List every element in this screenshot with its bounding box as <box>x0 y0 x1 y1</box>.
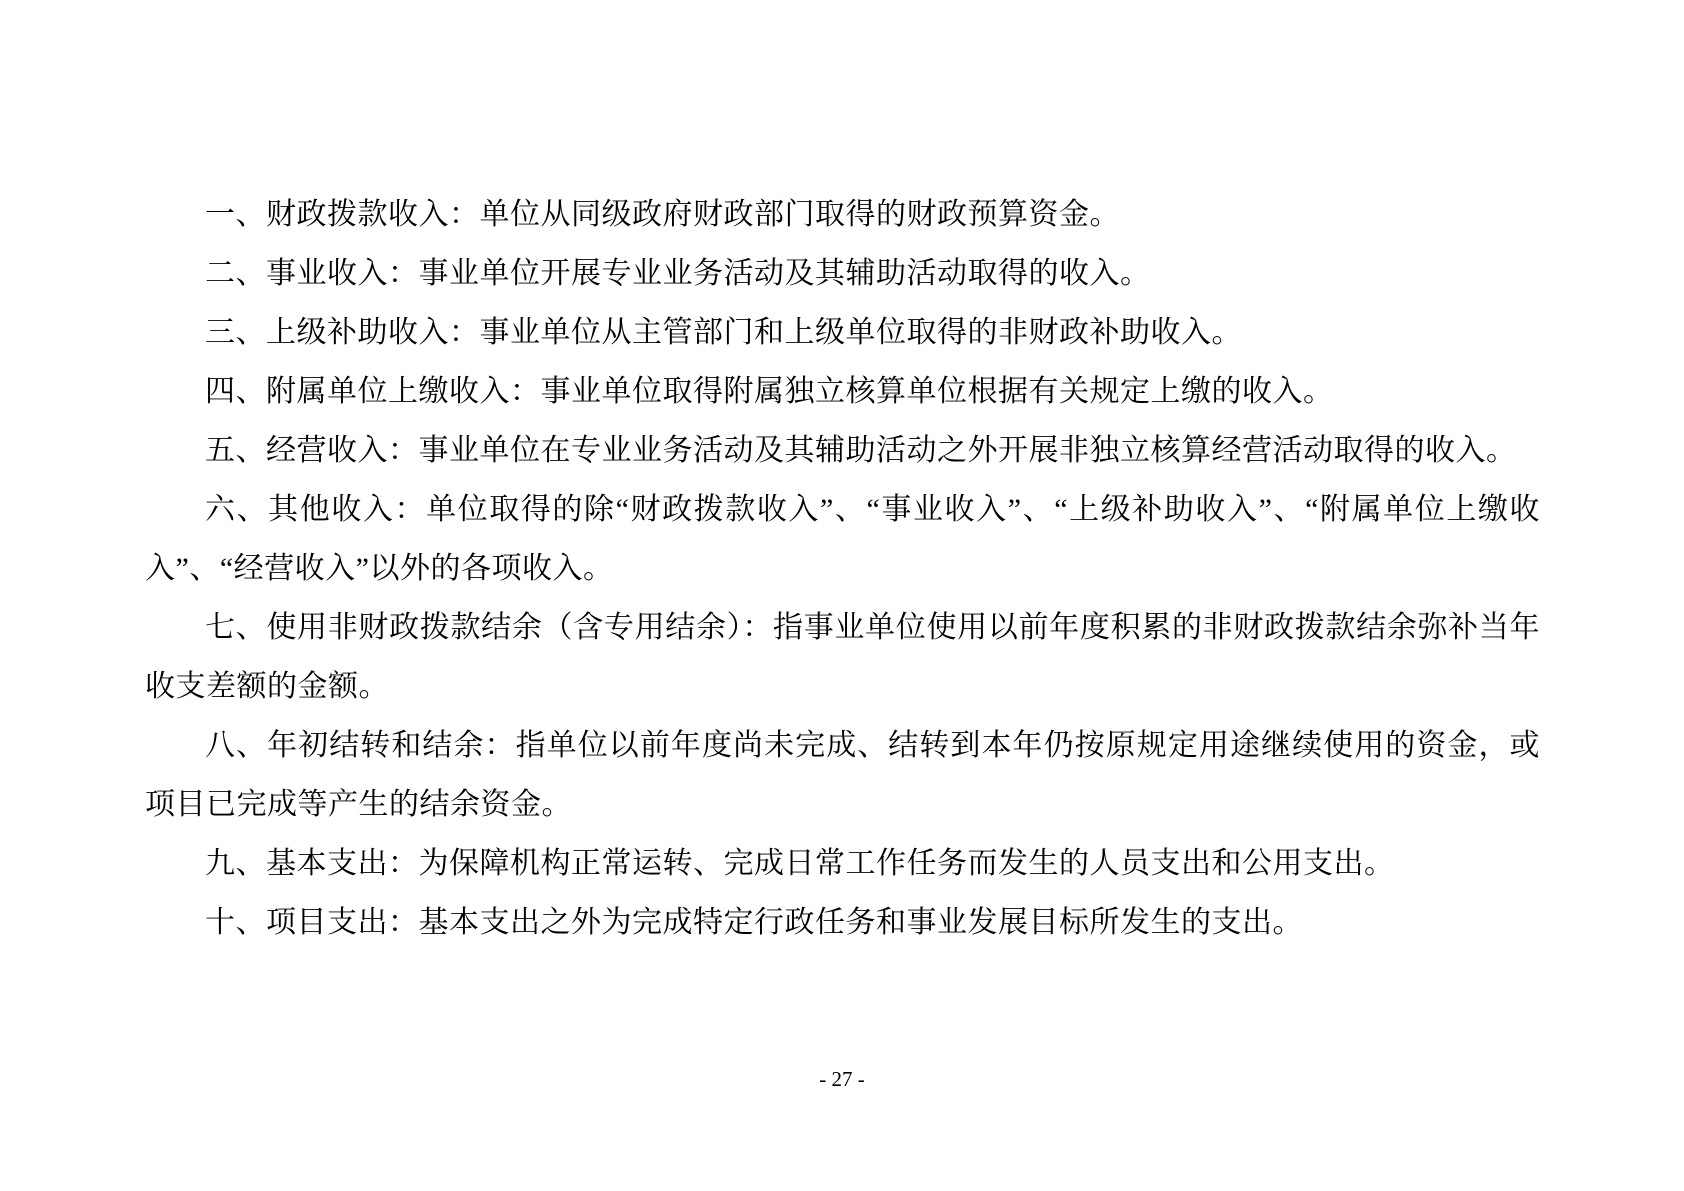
paragraph-definition-3: 三、上级补助收入：事业单位从主管部门和上级单位取得的非财政补助收入。 <box>145 303 1540 362</box>
paragraph-definition-10: 十、项目支出：基本支出之外为完成特定行政任务和事业发展目标所发生的支出。 <box>145 893 1540 952</box>
paragraph-definition-1: 一、财政拨款收入：单位从同级政府财政部门取得的财政预算资金。 <box>145 185 1540 244</box>
document-page: 一、财政拨款收入：单位从同级政府财政部门取得的财政预算资金。 二、事业收入：事业… <box>0 0 1684 1191</box>
paragraph-definition-8: 八、年初结转和结余：指单位以前年度尚未完成、结转到本年仍按原规定用途继续使用的资… <box>145 716 1540 834</box>
paragraph-definition-9: 九、基本支出：为保障机构正常运转、完成日常工作任务而发生的人员支出和公用支出。 <box>145 834 1540 893</box>
page-number: - 27 - <box>0 1066 1684 1092</box>
paragraph-definition-2: 二、事业收入：事业单位开展专业业务活动及其辅助活动取得的收入。 <box>145 244 1540 303</box>
document-body: 一、财政拨款收入：单位从同级政府财政部门取得的财政预算资金。 二、事业收入：事业… <box>145 185 1540 952</box>
paragraph-definition-5: 五、经营收入：事业单位在专业业务活动及其辅助活动之外开展非独立核算经营活动取得的… <box>145 421 1540 480</box>
paragraph-definition-7: 七、使用非财政拨款结余（含专用结余）：指事业单位使用以前年度积累的非财政拨款结余… <box>145 598 1540 716</box>
paragraph-definition-6: 六、其他收入：单位取得的除“财政拨款收入”、“事业收入”、“上级补助收入”、“附… <box>145 480 1540 598</box>
paragraph-definition-4: 四、附属单位上缴收入：事业单位取得附属独立核算单位根据有关规定上缴的收入。 <box>145 362 1540 421</box>
